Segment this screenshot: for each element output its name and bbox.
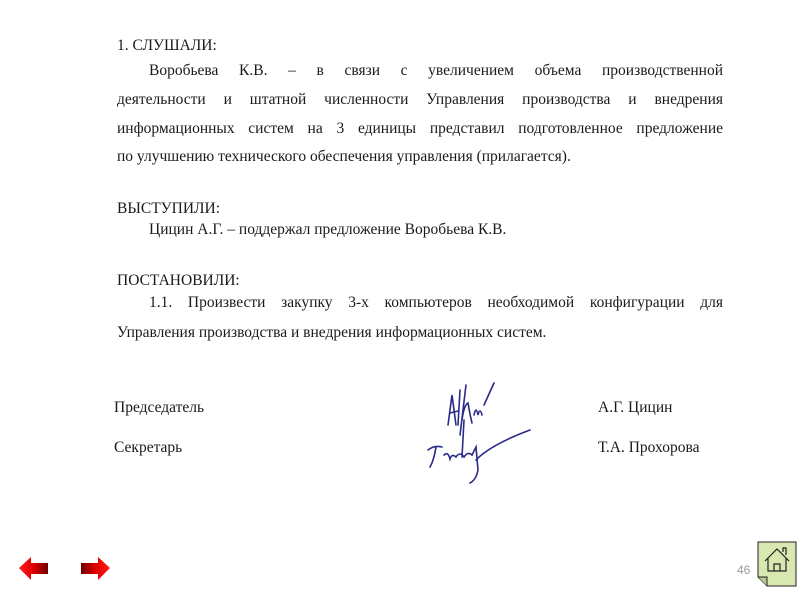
section-heading-heard: 1. СЛУШАЛИ: — [117, 36, 217, 56]
secretary-role: Секретарь — [114, 438, 182, 458]
paragraph-line: Управления производства и внедрения инфо… — [117, 323, 546, 343]
paragraph-line: информационных систем на 3 единицы предс… — [117, 119, 723, 139]
signature-image — [420, 375, 550, 490]
section-heading-resolved: ПОСТАНОВИЛИ: — [117, 271, 240, 291]
next-slide-button[interactable] — [80, 555, 112, 581]
paragraph-line: 1.1. Произвести закупку 3-х компьютеров … — [149, 293, 723, 313]
paragraph-line: Воробьева К.В. – в связи с увеличением о… — [149, 61, 723, 81]
paragraph-line: Цицин А.Г. – поддержал предложение Вороб… — [149, 220, 506, 240]
paragraph-line: по улучшению технического обеспечения уп… — [117, 147, 571, 167]
chairman-name: А.Г. Цицин — [598, 398, 672, 418]
home-button[interactable] — [757, 541, 797, 587]
chairman-role: Председатель — [114, 398, 204, 418]
arrow-right-icon — [80, 555, 112, 581]
home-icon — [757, 541, 797, 587]
section-heading-spoke: ВЫСТУПИЛИ: — [117, 199, 220, 219]
prev-slide-button[interactable] — [17, 555, 49, 581]
page-number: 46 — [737, 563, 750, 577]
paragraph-line: деятельности и штатной численности Управ… — [117, 90, 723, 110]
arrow-left-icon — [17, 555, 49, 581]
secretary-name: Т.А. Прохорова — [598, 438, 699, 458]
